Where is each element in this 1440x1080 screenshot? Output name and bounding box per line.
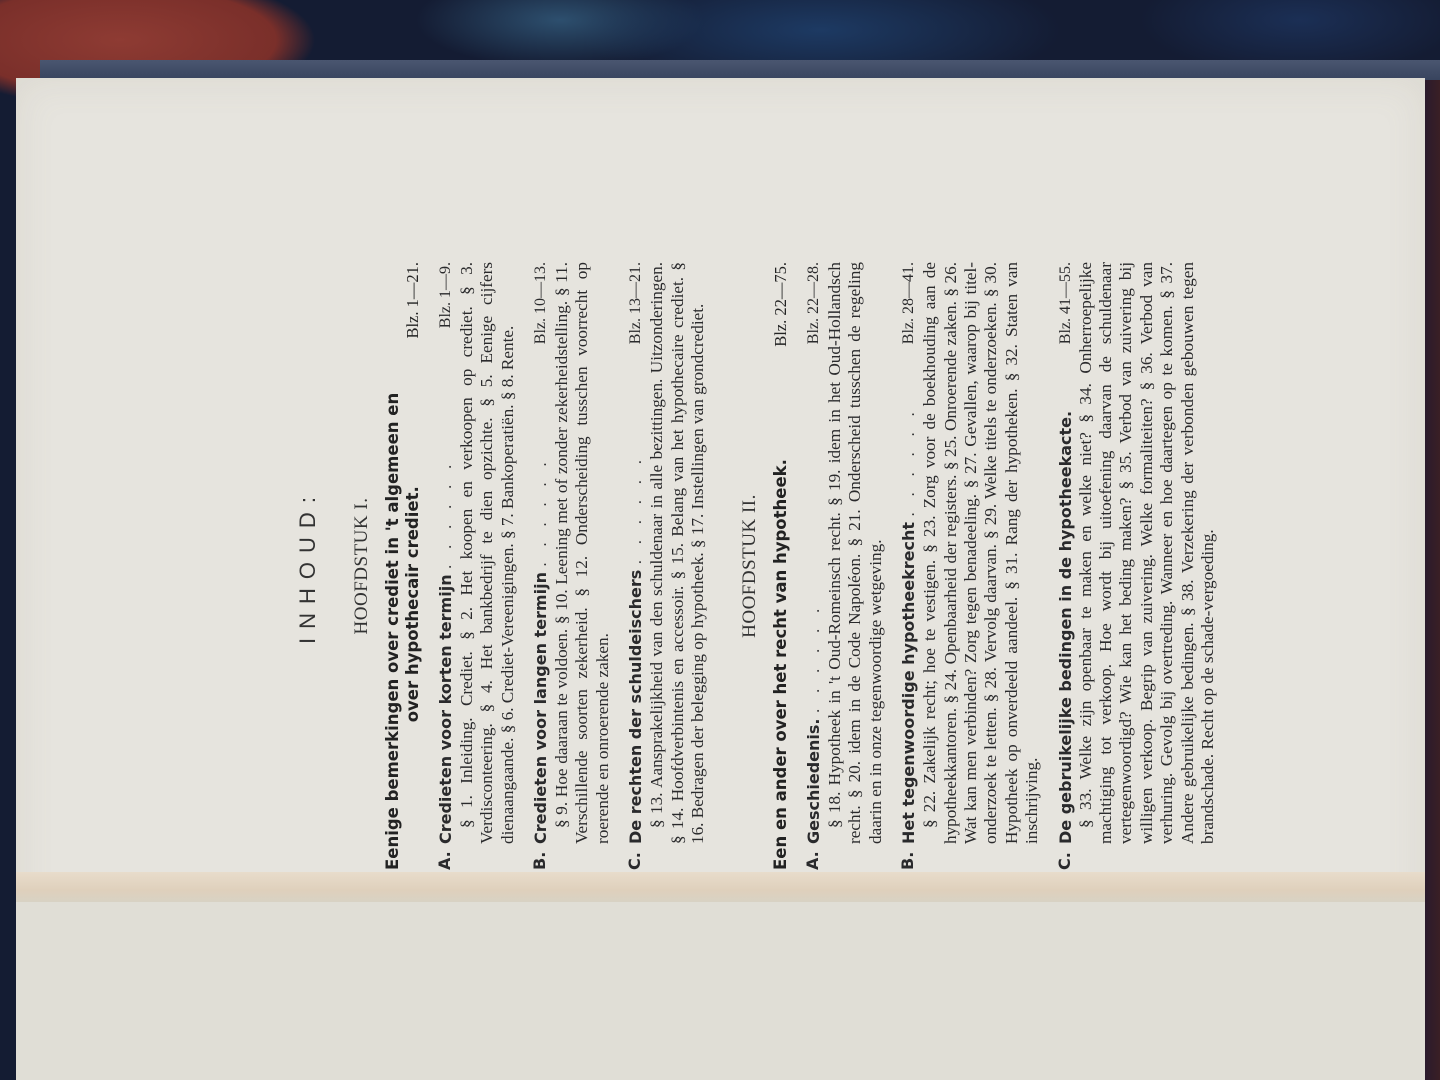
section-letter: A. — [803, 844, 886, 870]
chapter-title-line2: over hypothecair crediet. — [403, 486, 422, 722]
chapter-label: HOOFDSTUK II. — [740, 262, 760, 870]
rotated-page-content: INHOUD: HOOFDSTUK I. Eenige bemerkingen … — [16, 78, 1425, 1080]
chapter-title-text: Een en ander over het recht van hypothee… — [771, 459, 790, 870]
leader-dots: . . . . . . — [901, 406, 918, 516]
section-text: § 9. Hoe daaraan te voldoen. § 10. Leeni… — [552, 262, 613, 844]
section-letter: A. — [435, 844, 518, 870]
chapter-label: HOOFDSTUK I. — [352, 262, 372, 870]
section-pages: Blz. 22—28. — [803, 262, 824, 344]
chapter-title-line2-row: over hypothecair crediet. Blz. 1—21. — [403, 262, 423, 870]
section-title-row: De rechten der schuldeischers . . . . . … — [625, 262, 647, 844]
toc-section: C. De rechten der schuldeischers . . . .… — [625, 262, 708, 870]
section-text: § 22. Zakelijk recht; hoe te vestigen. §… — [920, 262, 1042, 844]
chapter-title: Eenige bemerkingen over crediet in 't al… — [383, 262, 423, 870]
section-title: Credieten voor langen termijn — [531, 572, 550, 844]
section-letter: C. — [625, 844, 708, 870]
chapter-pages: Blz. 22—75. — [771, 262, 791, 347]
section-text: § 13. Aansprakelijkheid van den schulden… — [647, 262, 708, 844]
section-letter: B. — [898, 844, 1042, 870]
section-pages: Blz. 1—9. — [435, 262, 456, 328]
section-title: Geschiedenis. — [804, 719, 823, 845]
toc-section: B. Credieten voor langen termijn . . . .… — [530, 262, 613, 870]
section-text: § 33. Welke zijn openbaar te maken en we… — [1076, 262, 1219, 844]
section-title-row: Het tegenwoordige hypotheekrecht . . . .… — [898, 262, 920, 844]
section-pages: Blz. 28—41. — [898, 262, 919, 344]
toc-section: A. Geschiedenis. . . . . . . Blz. 22—28.… — [803, 262, 886, 870]
section-pages: Blz. 10—13. — [530, 262, 551, 344]
section-text: § 18. Hypotheek in 't Oud-Romeinsch rech… — [825, 262, 886, 844]
section-text: § 1. Inleiding. Crediet. § 2. Het koopen… — [457, 262, 518, 844]
chapter-title-line1: Eenige bemerkingen over crediet in 't al… — [383, 393, 402, 870]
section-title-row: De gebruikelijke bedingen in de hypothee… — [1055, 262, 1076, 844]
section-title: Credieten voor korten termijn — [436, 574, 455, 844]
chapter-title: Een en ander over het recht van hypothee… — [771, 262, 791, 870]
section-title: Het tegenwoordige hypotheekrecht — [899, 522, 918, 844]
chapter-pages: Blz. 1—21. — [403, 262, 423, 339]
leader-dots: . . . . . . — [628, 454, 645, 564]
toc-section: C. De gebruikelijke bedingen in de hypot… — [1055, 262, 1219, 870]
section-pages: Blz. 41—55. — [1055, 262, 1076, 344]
leader-dots: . . . . . . — [806, 603, 823, 713]
section-pages: Blz. 13—21. — [625, 262, 646, 344]
section-title-row: Credieten voor langen termijn . . . . . … — [530, 262, 552, 844]
book-cover-edge-right — [1425, 80, 1440, 1080]
toc-section: A. Credieten voor korten termijn . . . .… — [435, 262, 518, 870]
leader-dots: . . . . . . — [438, 459, 455, 569]
section-title: De gebruikelijke bedingen in de hypothee… — [1056, 411, 1075, 844]
section-title-row: Geschiedenis. . . . . . . Blz. 22—28. — [803, 262, 825, 844]
table-of-contents: INHOUD: HOOFDSTUK I. Eenige bemerkingen … — [298, 262, 1230, 870]
section-title: De rechten der schuldeischers — [626, 570, 645, 844]
leader-dots: . . . . . . — [533, 456, 550, 566]
section-letter: C. — [1055, 844, 1219, 870]
section-letter: B. — [530, 844, 613, 870]
toc-section: B. Het tegenwoordige hypotheekrecht . . … — [898, 262, 1042, 870]
section-title-row: Credieten voor korten termijn . . . . . … — [435, 262, 457, 844]
page-heading: INHOUD: — [298, 262, 318, 870]
